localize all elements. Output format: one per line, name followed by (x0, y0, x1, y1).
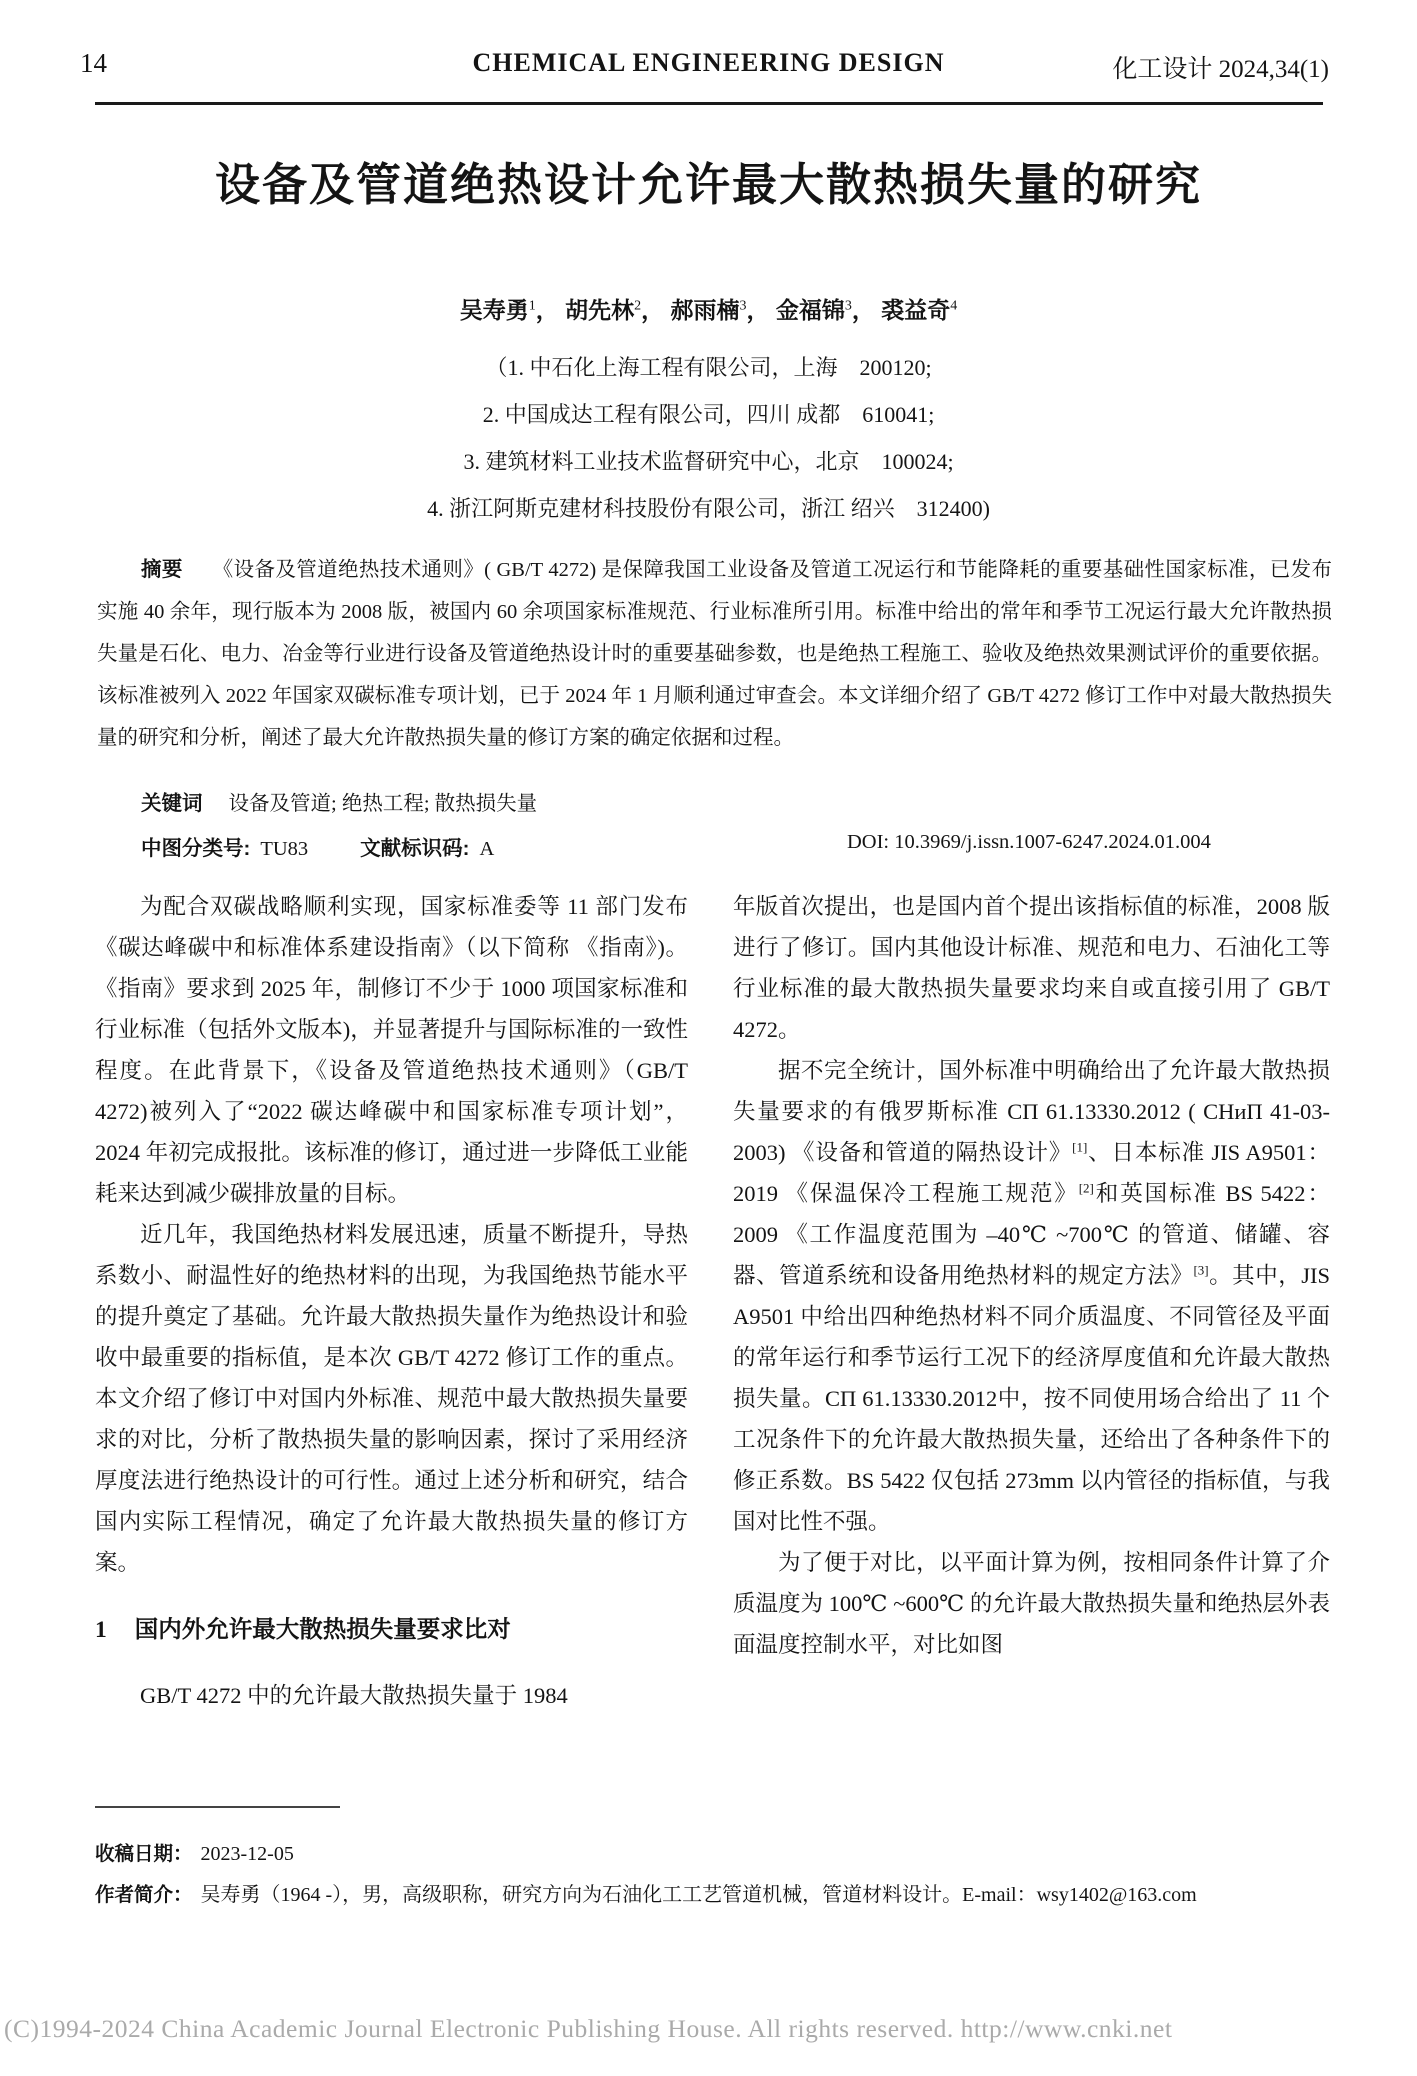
body-column-right: 年版首次提出，也是国内首个提出该指标值的标准，2008 版进行了修订。国内其他设… (733, 886, 1330, 1665)
paragraph: 近几年，我国绝热材料发展迅速，质量不断提升，导热系数小、耐温性好的绝热材料的出现… (95, 1214, 688, 1583)
author-affil-sup: 3 (845, 298, 852, 313)
author-affil-sup: 1 (529, 298, 536, 313)
paragraph: 据不完全统计，国外标准中明确给出了允许最大散热损失量要求的有俄罗斯标准 СП 6… (733, 1050, 1330, 1542)
journal-issue: 化工设计 2024,34(1) (1112, 49, 1329, 85)
section-title: 国内外允许最大散热损失量要求比对 (135, 1616, 511, 1642)
doc-code-value: A (479, 838, 494, 860)
header-rule (95, 102, 1323, 105)
paragraph: 年版首次提出，也是国内首个提出该指标值的标准，2008 版进行了修订。国内其他设… (733, 886, 1330, 1050)
author-bio-label: 作者简介： (95, 1884, 193, 1906)
received-date-line: 收稿日期：2023-12-05 (95, 1838, 1335, 1866)
copyright-watermark: (C)1994-2024 China Academic Journal Elec… (4, 2014, 1404, 2044)
clc-value: TU83 (260, 838, 308, 860)
author-name: 郝雨楠3， (671, 297, 770, 323)
author-separator: ， (536, 297, 559, 323)
affiliations: （1. 中石化上海工程有限公司，上海 200120; 2. 中国成达工程有限公司… (0, 344, 1417, 532)
author-name: 吴寿勇1， (460, 297, 559, 323)
footnote-rule (95, 1806, 340, 1808)
author-affil-sup: 3 (740, 298, 747, 313)
affiliation-line: 3. 建筑材料工业技术监督研究中心，北京 100024; (0, 438, 1417, 485)
author-name: 裘益奇4 (881, 297, 957, 323)
affiliation-line: 4. 浙江阿斯克建材科技股份有限公司，浙江 绍兴 312400) (0, 485, 1417, 532)
received-date-label: 收稿日期： (95, 1843, 193, 1865)
journal-page: 14 CHEMICAL ENGINEERING DESIGN 化工设计 2024… (0, 0, 1417, 2076)
paragraph: 为了便于对比，以平面计算为例，按相同条件计算了介质温度为 100℃ ~600℃ … (733, 1542, 1330, 1665)
affiliation-line: （1. 中石化上海工程有限公司，上海 200120; (0, 344, 1417, 391)
paragraph: GB/T 4272 中的允许最大散热损失量于 1984 (95, 1675, 688, 1716)
keywords-line: 关键词设备及管道; 绝热工程; 散热损失量 (97, 786, 1332, 816)
article-title: 设备及管道绝热设计允许最大散热损失量的研究 (0, 148, 1417, 213)
paragraph: 为配合双碳战略顺利实现，国家标准委等 11 部门发布 《碳达峰碳中和标准体系建设… (95, 886, 688, 1214)
received-date: 2023-12-05 (201, 1843, 294, 1865)
running-head: 14 CHEMICAL ENGINEERING DESIGN 化工设计 2024… (0, 46, 1417, 82)
abstract-block: 摘要《设备及管道绝热技术通则》( GB/T 4272) 是保障我国工业设备及管道… (97, 549, 1332, 759)
keywords-text: 设备及管道; 绝热工程; 散热损失量 (229, 793, 538, 815)
author-separator: ， (852, 297, 875, 323)
meta-line: 中图分类号:TU83文献标识码:A DOI: 10.3969/j.issn.10… (97, 831, 1332, 861)
author-separator: ， (641, 297, 664, 323)
author-name: 金福锦3， (776, 297, 875, 323)
author-separator: ， (747, 297, 770, 323)
doi-text: DOI: 10.3969/j.issn.1007-6247.2024.01.00… (847, 831, 1211, 854)
abstract-label: 摘要 (141, 558, 183, 581)
journal-title-en: CHEMICAL ENGINEERING DESIGN (473, 48, 945, 78)
abstract-text: 《设备及管道绝热技术通则》( GB/T 4272) 是保障我国工业设备及管道工况… (97, 559, 1332, 749)
keywords-label: 关键词 (141, 792, 203, 815)
citation-ref: [2] (1079, 1181, 1094, 1196)
author-affil-sup: 4 (950, 298, 957, 313)
section-heading: 1国内外允许最大散热损失量要求比对 (95, 1609, 688, 1651)
author-bio-line: 作者简介：吴寿勇（1964 -），男，高级职称，研究方向为石油化工工艺管道机械，… (95, 1878, 1335, 1907)
citation-ref: [1] (1072, 1140, 1087, 1155)
page-number: 14 (80, 48, 107, 79)
section-number: 1 (95, 1617, 107, 1643)
author-name: 胡先林2， (565, 297, 664, 323)
clc-label: 中图分类号: (141, 837, 250, 860)
body-column-left: 为配合双碳战略顺利实现，国家标准委等 11 部门发布 《碳达峰碳中和标准体系建设… (95, 886, 688, 1716)
doc-code-label: 文献标识码: (360, 837, 469, 860)
citation-ref: [3] (1193, 1263, 1208, 1278)
affiliation-line: 2. 中国成达工程有限公司，四川 成都 610041; (0, 391, 1417, 438)
author-bio: 吴寿勇（1964 -），男，高级职称，研究方向为石油化工工艺管道机械，管道材料设… (201, 1884, 1197, 1906)
authors-line: 吴寿勇1， 胡先林2， 郝雨楠3， 金福锦3， 裘益奇4 (0, 292, 1417, 325)
